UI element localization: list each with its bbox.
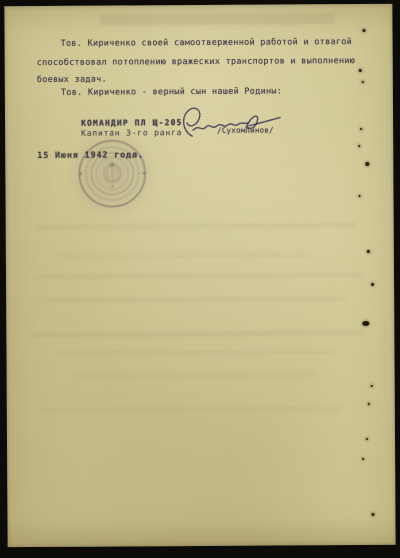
signature-block: КОМАНДИР ПЛ Щ-205 Капитан 3-го ранга /Су… bbox=[4, 4, 392, 6]
bleed-through-mark bbox=[100, 13, 334, 25]
paragraph-line: Тов. Кириченко своей самоотверженной раб… bbox=[61, 37, 353, 49]
typewritten-paragraph: Тов. Кириченко своей самоотверженной раб… bbox=[4, 4, 392, 6]
bleed-through-mark bbox=[61, 252, 311, 259]
bleed-through-mark bbox=[42, 406, 342, 413]
paper-hole bbox=[362, 81, 364, 83]
stamp-seal-icon bbox=[73, 134, 151, 212]
paragraph-line: способствовал потоплению вражеских транс… bbox=[37, 56, 356, 68]
paper-hole bbox=[371, 283, 374, 286]
bleed-through-mark bbox=[56, 349, 336, 356]
round-ink-stamp bbox=[73, 134, 151, 212]
paper-hole bbox=[359, 195, 361, 197]
bleed-through-mark bbox=[31, 330, 366, 338]
paper-hole bbox=[358, 145, 360, 147]
paper-hole bbox=[366, 438, 368, 440]
paper-hole bbox=[367, 250, 370, 253]
paper-hole bbox=[371, 513, 374, 516]
bleed-through-mark bbox=[36, 222, 356, 230]
paper-hole bbox=[371, 385, 373, 387]
paper-hole bbox=[362, 458, 364, 460]
bleed-through-mark bbox=[46, 296, 346, 303]
paper-hole bbox=[359, 69, 362, 72]
bleed-through-mark bbox=[77, 372, 317, 378]
paragraph-line: Тов. Кириченко - верный сын нашей Родины… bbox=[61, 86, 282, 97]
officer-title-line: КОМАНДИР ПЛ Щ-205 bbox=[81, 118, 182, 129]
paper-hole bbox=[362, 321, 369, 326]
scanned-document: Тов. Кириченко своей самоотверженной раб… bbox=[0, 0, 400, 558]
paper-hole bbox=[360, 128, 362, 130]
bleed-through-mark bbox=[34, 272, 364, 280]
paper-sheet: Тов. Кириченко своей самоотверженной раб… bbox=[4, 4, 395, 547]
paper-hole bbox=[362, 29, 365, 32]
paper-hole bbox=[365, 162, 369, 166]
handwritten-signature-ink bbox=[176, 104, 284, 147]
paper-grain-texture bbox=[4, 4, 395, 547]
paper-hole bbox=[368, 403, 370, 405]
paragraph-line: боевых задач. bbox=[37, 75, 107, 85]
